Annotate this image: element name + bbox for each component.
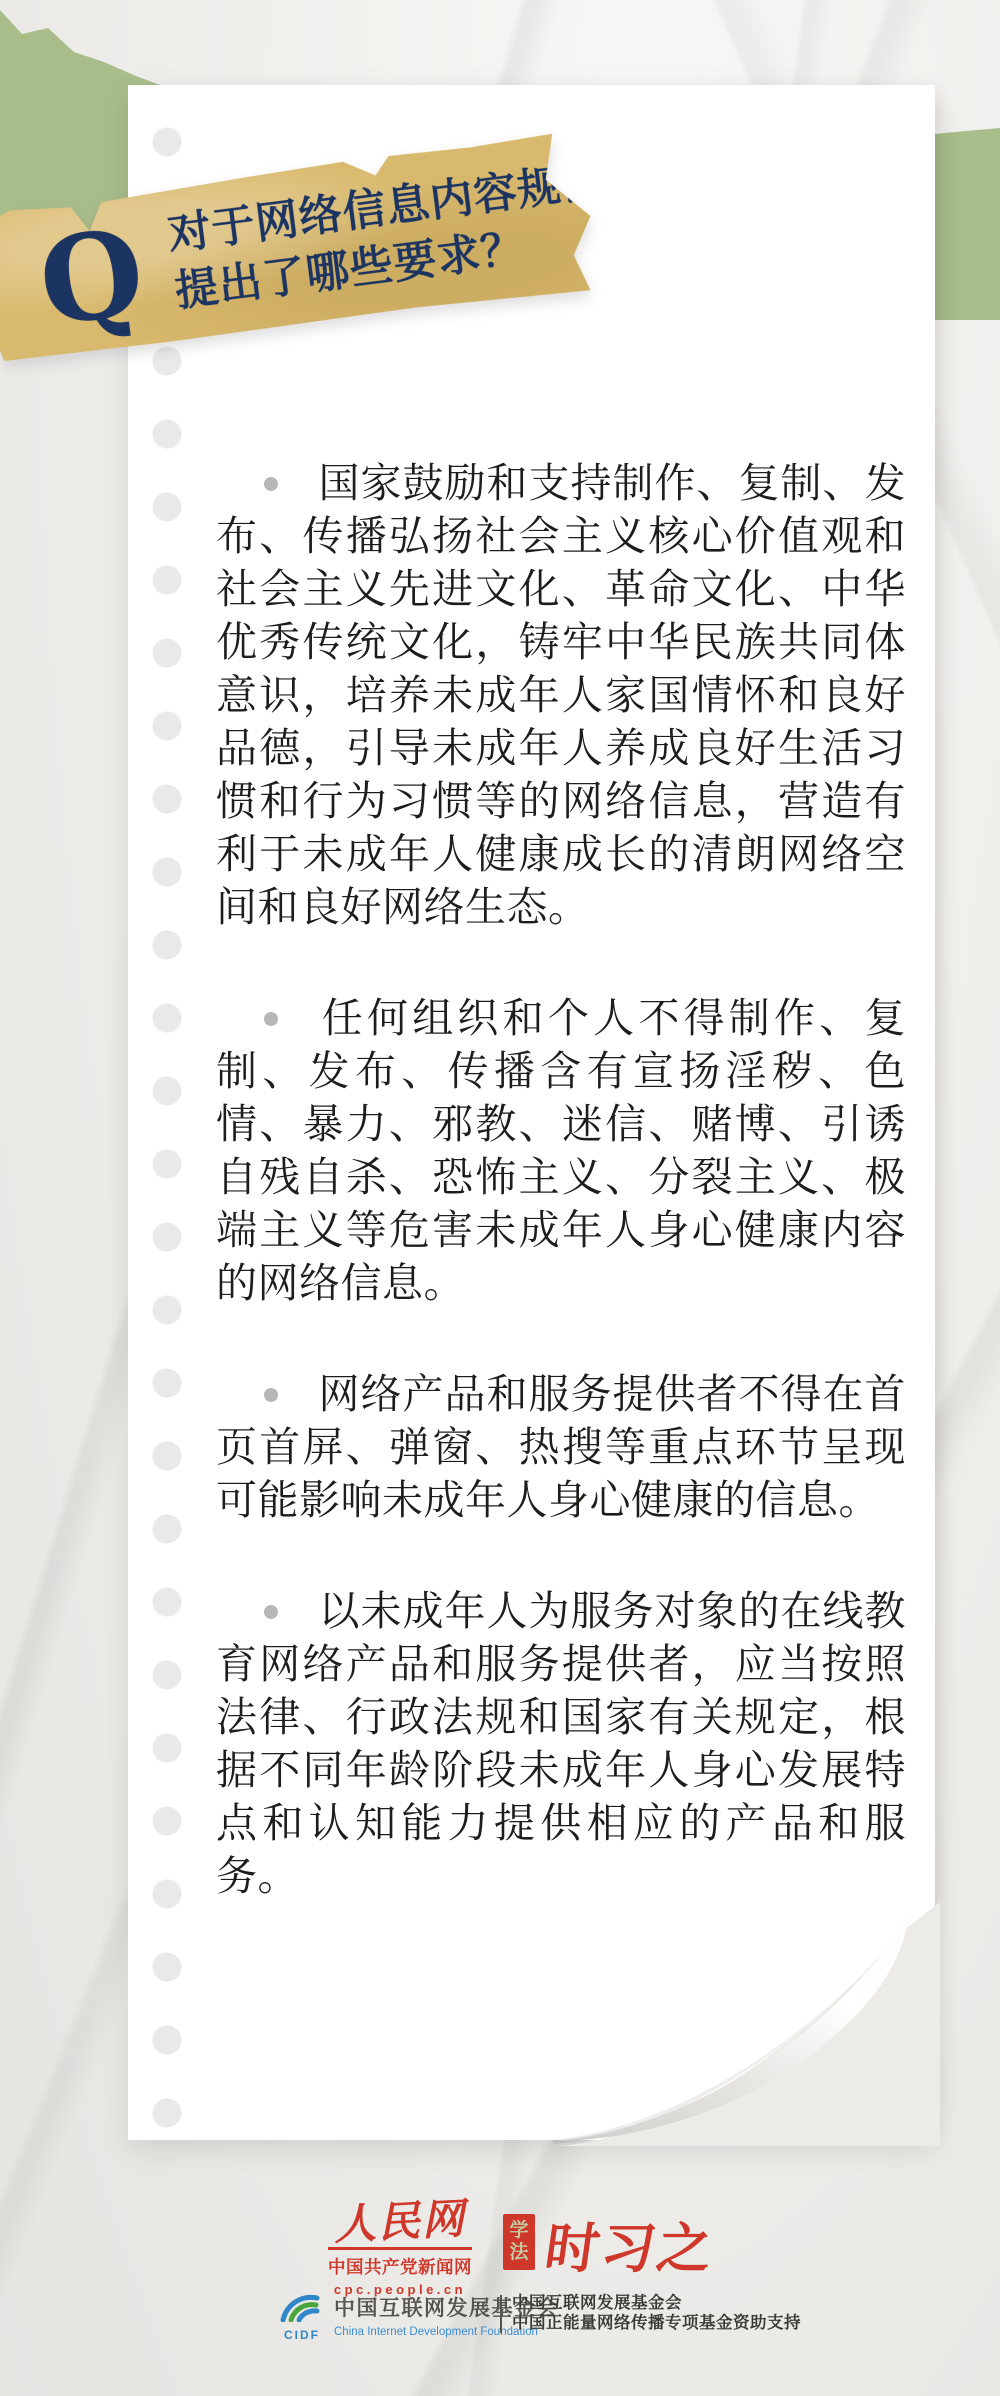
cidf-arcs-icon	[279, 2292, 325, 2322]
cidf-abbr-text: CIDF	[278, 2328, 326, 2342]
shixizhi-wordmark: 时习之	[541, 2206, 720, 2283]
paragraph-2-text: 任何组织和个人不得制作、复制、发布、传播含有宣扬淫秽、色情、暴力、邪教、迷信、赌…	[216, 995, 906, 1306]
people-cn-subtitle: 中国共产党新闻网	[328, 2254, 472, 2279]
page-content: 国家鼓励和支持制作、复制、发布、传播弘扬社会主义核心价值观和社会主义先进文化、革…	[128, 85, 935, 1961]
question-q-letter: Q	[33, 213, 150, 343]
people-cn-logo: 人民网 中国共产党新闻网 cpc.people.cn	[328, 2200, 472, 2297]
sponsor-line-2: 中国正能量网络传播专项基金资助支持	[512, 2313, 801, 2333]
notebook-page: 国家鼓励和支持制作、复制、发布、传播弘扬社会主义核心价值观和社会主义先进文化、革…	[128, 85, 935, 2140]
sponsor-text-block: 中国互联网发展基金会 中国正能量网络传播专项基金资助支持	[512, 2293, 801, 2333]
paragraph-3: 网络产品和服务提供者不得在首页首屏、弹窗、热搜等重点环节呈现可能影响未成年人身心…	[216, 1368, 906, 1527]
paragraph-1: 国家鼓励和支持制作、复制、发布、传播弘扬社会主义核心价值观和社会主义先进文化、革…	[216, 457, 906, 934]
paragraph-3-text: 网络产品和服务提供者不得在首页首屏、弹窗、热搜等重点环节呈现可能影响未成年人身心…	[216, 1371, 906, 1523]
xuefa-badge: 学 法	[503, 2214, 535, 2270]
bullet-icon	[264, 1605, 278, 1619]
bullet-icon	[264, 1012, 278, 1026]
bullet-icon	[264, 477, 278, 491]
cidf-logo: CIDF	[278, 2292, 326, 2342]
paragraph-4-text: 以未成年人为服务对象的在线教育网络产品和服务提供者，应当按照法律、行政法规和国家…	[216, 1588, 906, 1899]
xuefa-char-1: 学	[509, 2220, 528, 2242]
people-cn-script-text: 人民网	[327, 2196, 473, 2247]
footer-divider	[500, 2295, 502, 2333]
sponsor-line-1: 中国互联网发展基金会	[512, 2293, 801, 2313]
page-curl	[496, 1888, 940, 2146]
paragraph-1-text: 国家鼓励和支持制作、复制、发布、传播弘扬社会主义核心价值观和社会主义先进文化、革…	[216, 460, 906, 930]
paragraph-4: 以未成年人为服务对象的在线教育网络产品和服务提供者，应当按照法律、行政法规和国家…	[216, 1585, 906, 1903]
bullet-icon	[264, 1388, 278, 1402]
paragraph-2: 任何组织和个人不得制作、复制、发布、传播含有宣扬淫秽、色情、暴力、邪教、迷信、赌…	[216, 992, 906, 1310]
xuefa-char-2: 法	[509, 2242, 528, 2264]
